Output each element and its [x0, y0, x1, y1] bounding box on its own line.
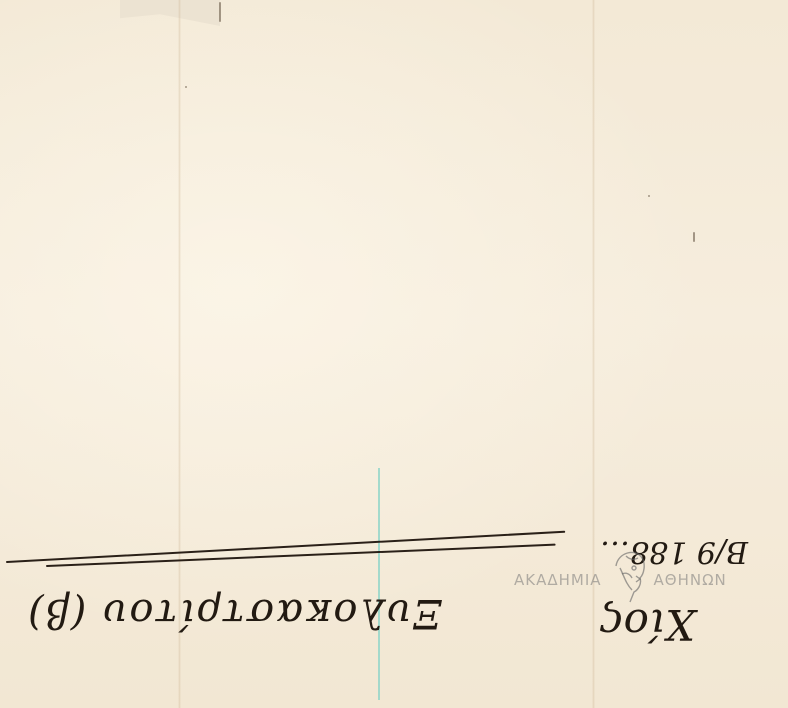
handwritten-place: Χίος: [600, 600, 695, 649]
ruled-margin-line: [378, 468, 380, 700]
paper-speck: [185, 86, 187, 88]
watermark-text-left: ΑΚΑΔΗΜΙΑ: [514, 571, 602, 589]
watermark-text-right: ΑΘΗΝΩΝ: [654, 571, 727, 589]
document-page: Ξυλοκαστρίτου (β) Χίος Β/9 188… ΑΚΑΔΗΜΙΑ…: [0, 0, 788, 708]
torn-paper-edge: [120, 0, 220, 26]
handwritten-name: Ξυλοκαστρίτου (β): [26, 590, 441, 636]
academy-watermark: ΑΚΑΔΗΜΙΑ ΑΘΗΝΩΝ: [514, 556, 727, 604]
paper-mark: [693, 232, 695, 242]
athena-head-icon: [606, 546, 650, 604]
paper-mark: [219, 2, 221, 22]
paper-speck: [648, 195, 650, 197]
